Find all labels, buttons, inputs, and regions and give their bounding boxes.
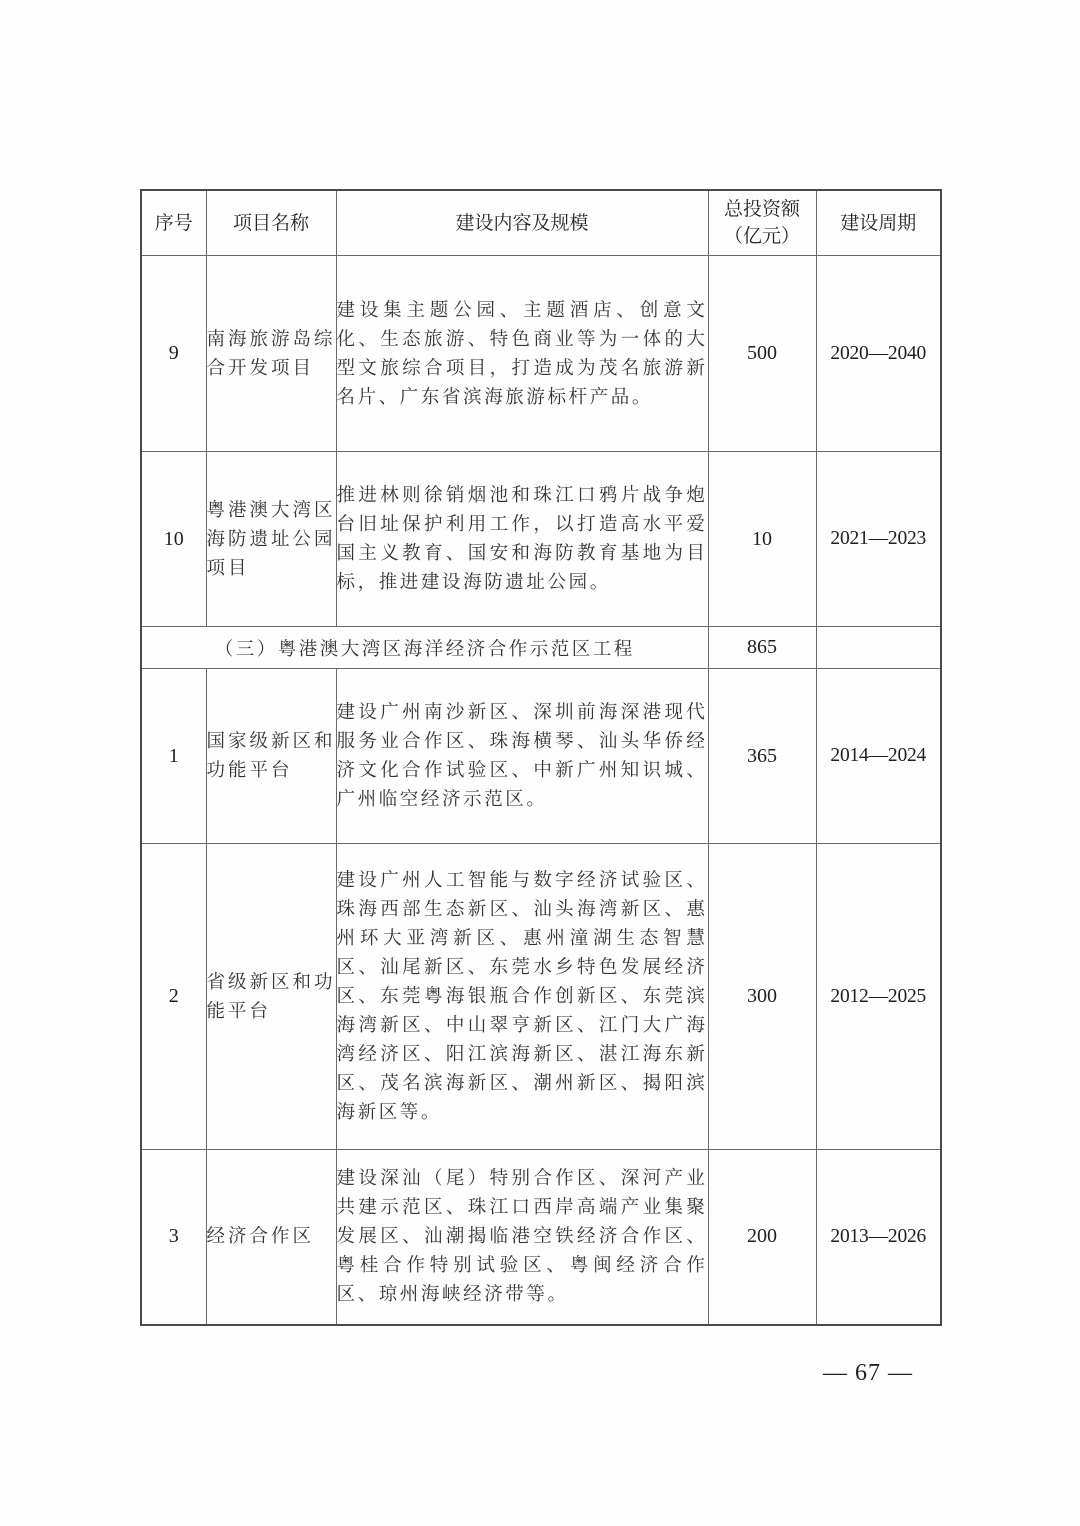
cell-period: 2021—2023: [816, 452, 941, 627]
cell-content: 建设广州南沙新区、深圳前海深港现代服务业合作区、珠海横琴、汕头华侨经济文化合作试…: [336, 669, 708, 844]
table-row: 2 省级新区和功能平台 建设广州人工智能与数字经济试验区、珠海西部生态新区、汕头…: [141, 844, 941, 1150]
cell-no: 3: [141, 1150, 206, 1325]
cell-name: 国家级新区和功能平台: [206, 669, 336, 844]
table-row: 3 经济合作区 建设深汕（尾）特别合作区、深河产业共建示范区、珠江口西岸高端产业…: [141, 1150, 941, 1325]
cell-investment: 365: [708, 669, 816, 844]
cell-investment: 500: [708, 256, 816, 452]
cell-name: 省级新区和功能平台: [206, 844, 336, 1150]
section-title: （三）粤港澳大湾区海洋经济合作示范区工程: [141, 627, 708, 669]
cell-name: 南海旅游岛综合开发项目: [206, 256, 336, 452]
cell-investment: 300: [708, 844, 816, 1150]
cell-no: 2: [141, 844, 206, 1150]
cell-name: 经济合作区: [206, 1150, 336, 1325]
cell-investment: 200: [708, 1150, 816, 1325]
table-header-row: 序号 项目名称 建设内容及规模 总投资额 （亿元） 建设周期: [141, 190, 941, 256]
cell-content: 推进林则徐销烟池和珠江口鸦片战争炮台旧址保护利用工作，以打造高水平爱国主义教育、…: [336, 452, 708, 627]
section-investment: 865: [708, 627, 816, 669]
section-row: （三）粤港澳大湾区海洋经济合作示范区工程 865: [141, 627, 941, 669]
cell-period: 2020—2040: [816, 256, 941, 452]
header-investment: 总投资额 （亿元）: [708, 190, 816, 256]
cell-no: 9: [141, 256, 206, 452]
cell-no: 1: [141, 669, 206, 844]
header-investment-line1: 总投资额: [709, 196, 816, 223]
project-table: 序号 项目名称 建设内容及规模 总投资额 （亿元） 建设周期 9 南海旅游岛综合…: [140, 189, 942, 1326]
header-investment-line2: （亿元）: [709, 223, 816, 250]
table-row: 1 国家级新区和功能平台 建设广州南沙新区、深圳前海深港现代服务业合作区、珠海横…: [141, 669, 941, 844]
page-number: — 67 —: [823, 1360, 913, 1387]
cell-content: 建设广州人工智能与数字经济试验区、珠海西部生态新区、汕头海湾新区、惠州环大亚湾新…: [336, 844, 708, 1150]
document-page: 序号 项目名称 建设内容及规模 总投资额 （亿元） 建设周期 9 南海旅游岛综合…: [0, 0, 1080, 1526]
header-no: 序号: [141, 190, 206, 256]
header-name: 项目名称: [206, 190, 336, 256]
header-period: 建设周期: [816, 190, 941, 256]
section-period: [816, 627, 941, 669]
table-row: 9 南海旅游岛综合开发项目 建设集主题公园、主题酒店、创意文化、生态旅游、特色商…: [141, 256, 941, 452]
cell-period: 2014—2024: [816, 669, 941, 844]
cell-content: 建设深汕（尾）特别合作区、深河产业共建示范区、珠江口西岸高端产业集聚发展区、汕潮…: [336, 1150, 708, 1325]
cell-investment: 10: [708, 452, 816, 627]
cell-no: 10: [141, 452, 206, 627]
header-content: 建设内容及规模: [336, 190, 708, 256]
table-row: 10 粤港澳大湾区海防遗址公园项目 推进林则徐销烟池和珠江口鸦片战争炮台旧址保护…: [141, 452, 941, 627]
cell-period: 2012—2025: [816, 844, 941, 1150]
cell-content: 建设集主题公园、主题酒店、创意文化、生态旅游、特色商业等为一体的大型文旅综合项目…: [336, 256, 708, 452]
cell-period: 2013—2026: [816, 1150, 941, 1325]
cell-name: 粤港澳大湾区海防遗址公园项目: [206, 452, 336, 627]
